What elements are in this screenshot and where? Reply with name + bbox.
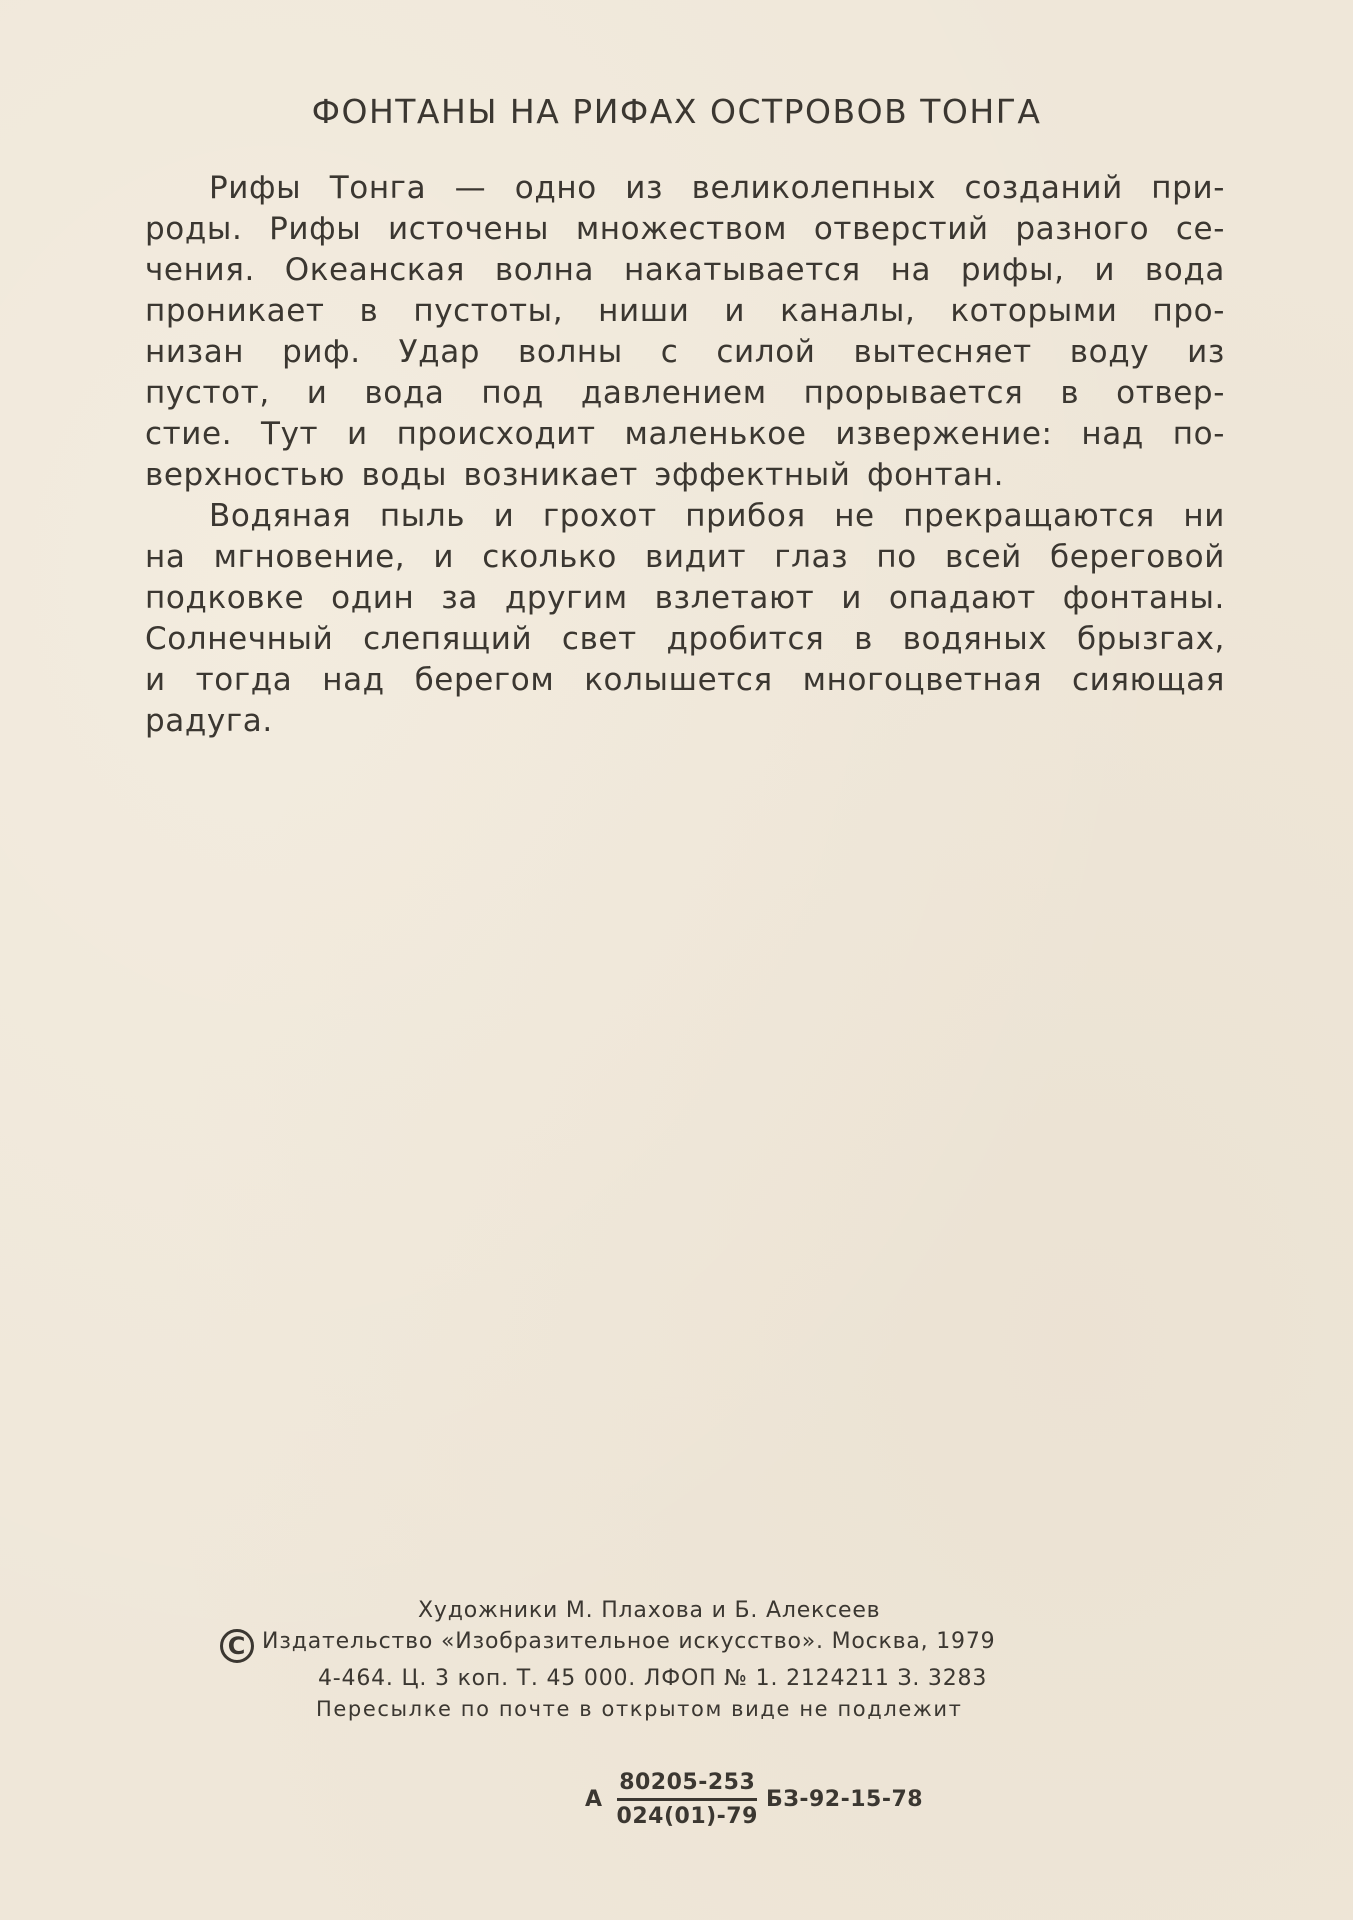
catalog-index: А 80205-253 024(01)-79 БЗ-92-15-78 <box>585 1770 923 1829</box>
catalog-fraction: 80205-253 024(01)-79 <box>617 1770 758 1829</box>
text-line: пустот, и вода под давлением прорывается… <box>145 373 1225 414</box>
text-line: верхностью воды возникает эффектный фонт… <box>145 455 1225 496</box>
imprint-block: Художники М. Плахова и Б. Алексеев CИзда… <box>0 1595 1353 1725</box>
catalog-prefix: А <box>585 1787 603 1812</box>
paragraph-2: Водяная пыль и грохот прибоя не прекраща… <box>145 496 1225 742</box>
paragraph-1: Рифы Тонга — одно из великолепных создан… <box>145 168 1225 496</box>
artists-credit: Художники М. Плахова и Б. Алексеев <box>0 1595 1353 1626</box>
publisher-line: CИздательство «Изобразительное искусство… <box>0 1626 1353 1663</box>
text-line: подковке один за другим взлетают и опада… <box>145 578 1225 619</box>
text-line: чения. Океанская волна накатывается на р… <box>145 250 1225 291</box>
text-line: низан риф. Удар волны с силой вытесняет … <box>145 332 1225 373</box>
print-details: 4-464. Ц. 3 коп. Т. 45 000. ЛФОП № 1. 21… <box>0 1663 1353 1694</box>
catalog-numerator: 80205-253 <box>617 1770 757 1801</box>
publisher-text: Издательство «Изобразительное искусство»… <box>262 1629 995 1654</box>
text-line: Солнечный слепящий свет дробится в водян… <box>145 619 1225 660</box>
text-line: роды. Рифы источены множеством отверстий… <box>145 209 1225 250</box>
postal-notice: Пересылке по почте в открытом виде не по… <box>0 1694 1353 1725</box>
text-line: стие. Тут и происходит маленькое изверже… <box>145 414 1225 455</box>
text-line: на мгновение, и сколько видит глаз по вс… <box>145 537 1225 578</box>
text-line: проникает в пустоты, ниши и каналы, кото… <box>145 291 1225 332</box>
copyright-icon: C <box>220 1629 254 1663</box>
text-line: Водяная пыль и грохот прибоя не прекраща… <box>145 496 1225 537</box>
text-line: и тогда над берегом колышется многоцветн… <box>145 660 1225 701</box>
catalog-denominator: 024(01)-79 <box>617 1801 758 1829</box>
catalog-code: БЗ-92-15-78 <box>766 1787 923 1812</box>
text-line: Рифы Тонга — одно из великолепных создан… <box>145 168 1225 209</box>
article-body: Рифы Тонга — одно из великолепных создан… <box>145 168 1225 742</box>
page-title: ФОНТАНЫ НА РИФАХ ОСТРОВОВ ТОНГА <box>0 92 1353 131</box>
text-line: радуга. <box>145 701 1225 742</box>
